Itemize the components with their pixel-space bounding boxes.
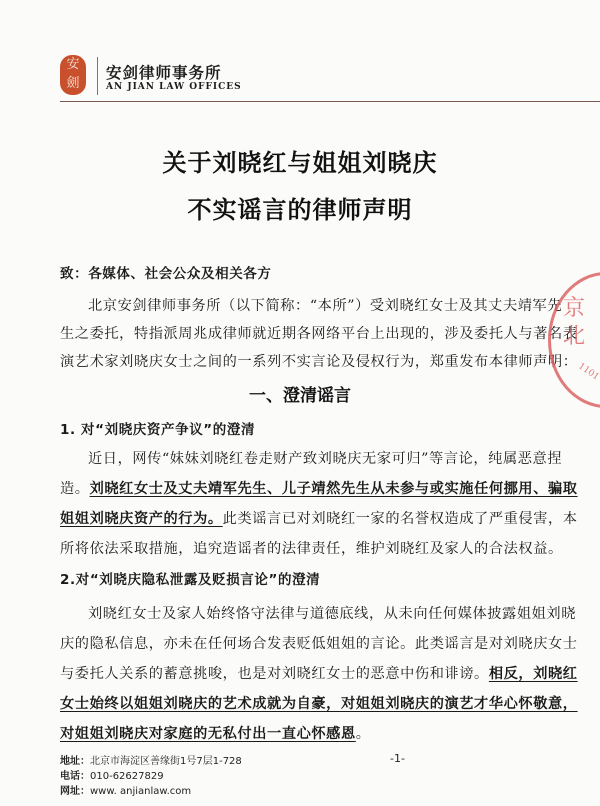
document-title-line2: 不实谣言的律师声明: [0, 190, 600, 225]
sub1-line-1: 近日，网传“妹妹刘晓红卷走财产致刘晓庆无家可归”等言论，纯属恶意捏: [88, 448, 562, 468]
letterhead-divider: [97, 57, 98, 95]
sub1-line-4: 所将依法采取措施，追究造谣者的法律责任，维护刘晓红及家人的合法权益。: [60, 538, 563, 558]
sub1-line-3-underlined: 姐姐刘晓庆资产的行为。: [60, 511, 223, 527]
letterhead: 安 劍 安剑律师事务所 AN JIAN LAW OFFICES: [60, 55, 600, 103]
sub2-line-3: 与委托人关系的蓄意挑唆，也是对刘晓红女士的恶意中伤和诽谤。相反，刘晓红: [60, 663, 578, 683]
sub2-line-5-plain: 。: [356, 726, 371, 742]
sub1-line-2: 造。刘晓红女士及丈夫靖军先生、儿子靖然先生从未参与或实施任何挪用、骗取: [60, 478, 578, 498]
subsection-1-heading: 1. 对“刘晓庆资产争议”的澄清: [60, 418, 255, 438]
sub2-line-5: 对姐姐刘晓庆对家庭的无私付出一直心怀感恩。: [60, 723, 371, 743]
document-title-line1: 关于刘晓红与姐姐刘晓庆: [0, 143, 600, 178]
address-value: 北京市海淀区善缘街1号7层1-728: [90, 756, 242, 767]
stamp-characters: 京北: [563, 295, 585, 351]
website-label: 网址：: [60, 786, 90, 797]
firm-name-cn: 安剑律师事务所: [106, 61, 222, 83]
firm-logo-icon: 安 劍: [60, 55, 86, 95]
footer-address: 地址：北京市海淀区善缘街1号7层1-728: [60, 752, 242, 767]
logo-char-bottom: 劍: [60, 74, 86, 93]
footer-phone: 电话：010-62627829: [60, 767, 164, 782]
phone-label: 电话：: [60, 771, 90, 782]
subsection-2-heading: 2.对“刘晓庆隐私泄露及贬损言论”的澄清: [60, 568, 320, 588]
sub2-line-4-underlined: 女士始终以姐姐刘晓庆的艺术成就为自豪，对姐姐刘晓庆的演艺才华心怀敬意，: [60, 696, 578, 712]
letterhead-rule: [60, 101, 600, 102]
sub1-line-2-plain: 造。: [60, 481, 90, 497]
sub2-line-3-plain: 与委托人关系的蓄意挑唆，也是对刘晓红女士的恶意中伤和诽谤。: [60, 666, 489, 682]
intro-line-2: 生之委托，特指派周兆成律师就近期各网络平台上出现的，涉及委托人与著名表: [60, 323, 578, 343]
sub2-line-1: 刘晓红女士及家人始终恪守法律与道德底线，从未向任何媒体披露姐姐刘晓: [88, 603, 576, 623]
page-number: -1-: [390, 752, 405, 765]
sub2-line-3-underlined: 相反，刘晓红: [489, 666, 578, 682]
intro-line-3: 演艺术家刘晓庆女士之间的一系列不实言论及侵权行为，郑重发布本律师声明：: [60, 351, 578, 371]
sub2-line-5-underlined: 对姐姐刘晓庆对家庭的无私付出一直心怀感恩: [60, 726, 356, 742]
firm-name-en: AN JIAN LAW OFFICES: [106, 82, 242, 92]
logo-char-top: 安: [60, 55, 86, 74]
sub2-line-2: 庆的隐私信息，亦未在任何场合发表贬低姐姐的言论。此类谣言是对刘晓庆女士: [60, 633, 578, 653]
sub1-line-3-plain: 此类谣言已对刘晓红一家的名誉权造成了严重侵害，本: [223, 511, 578, 527]
phone-value: 010-62627829: [90, 771, 164, 782]
address-label: 地址：: [60, 756, 90, 767]
stamp-number: 1101: [576, 361, 600, 382]
sub1-line-2-underlined: 刘晓红女士及丈夫靖军先生、儿子靖然先生从未参与或实施任何挪用、骗取: [90, 481, 578, 497]
website-value: www. anjianlaw.com: [90, 786, 191, 797]
footer-website: 网址：www. anjianlaw.com: [60, 782, 191, 797]
intro-line-1: 北京安剑律师事务所（以下简称：“本所”）受刘晓红女士及其丈夫靖军先: [88, 295, 562, 315]
section-heading-clarify: 一、澄清谣言: [0, 381, 600, 406]
document-page: 安 劍 安剑律师事务所 AN JIAN LAW OFFICES 关于刘晓红与姐姐…: [0, 0, 600, 806]
salutation: 致：各媒体、社会公众及相关各方: [60, 262, 272, 282]
sub1-line-3: 姐姐刘晓庆资产的行为。此类谣言已对刘晓红一家的名誉权造成了严重侵害，本: [60, 508, 578, 528]
sub2-line-4: 女士始终以姐姐刘晓庆的艺术成就为自豪，对姐姐刘晓庆的演艺才华心怀敬意，: [60, 693, 578, 713]
